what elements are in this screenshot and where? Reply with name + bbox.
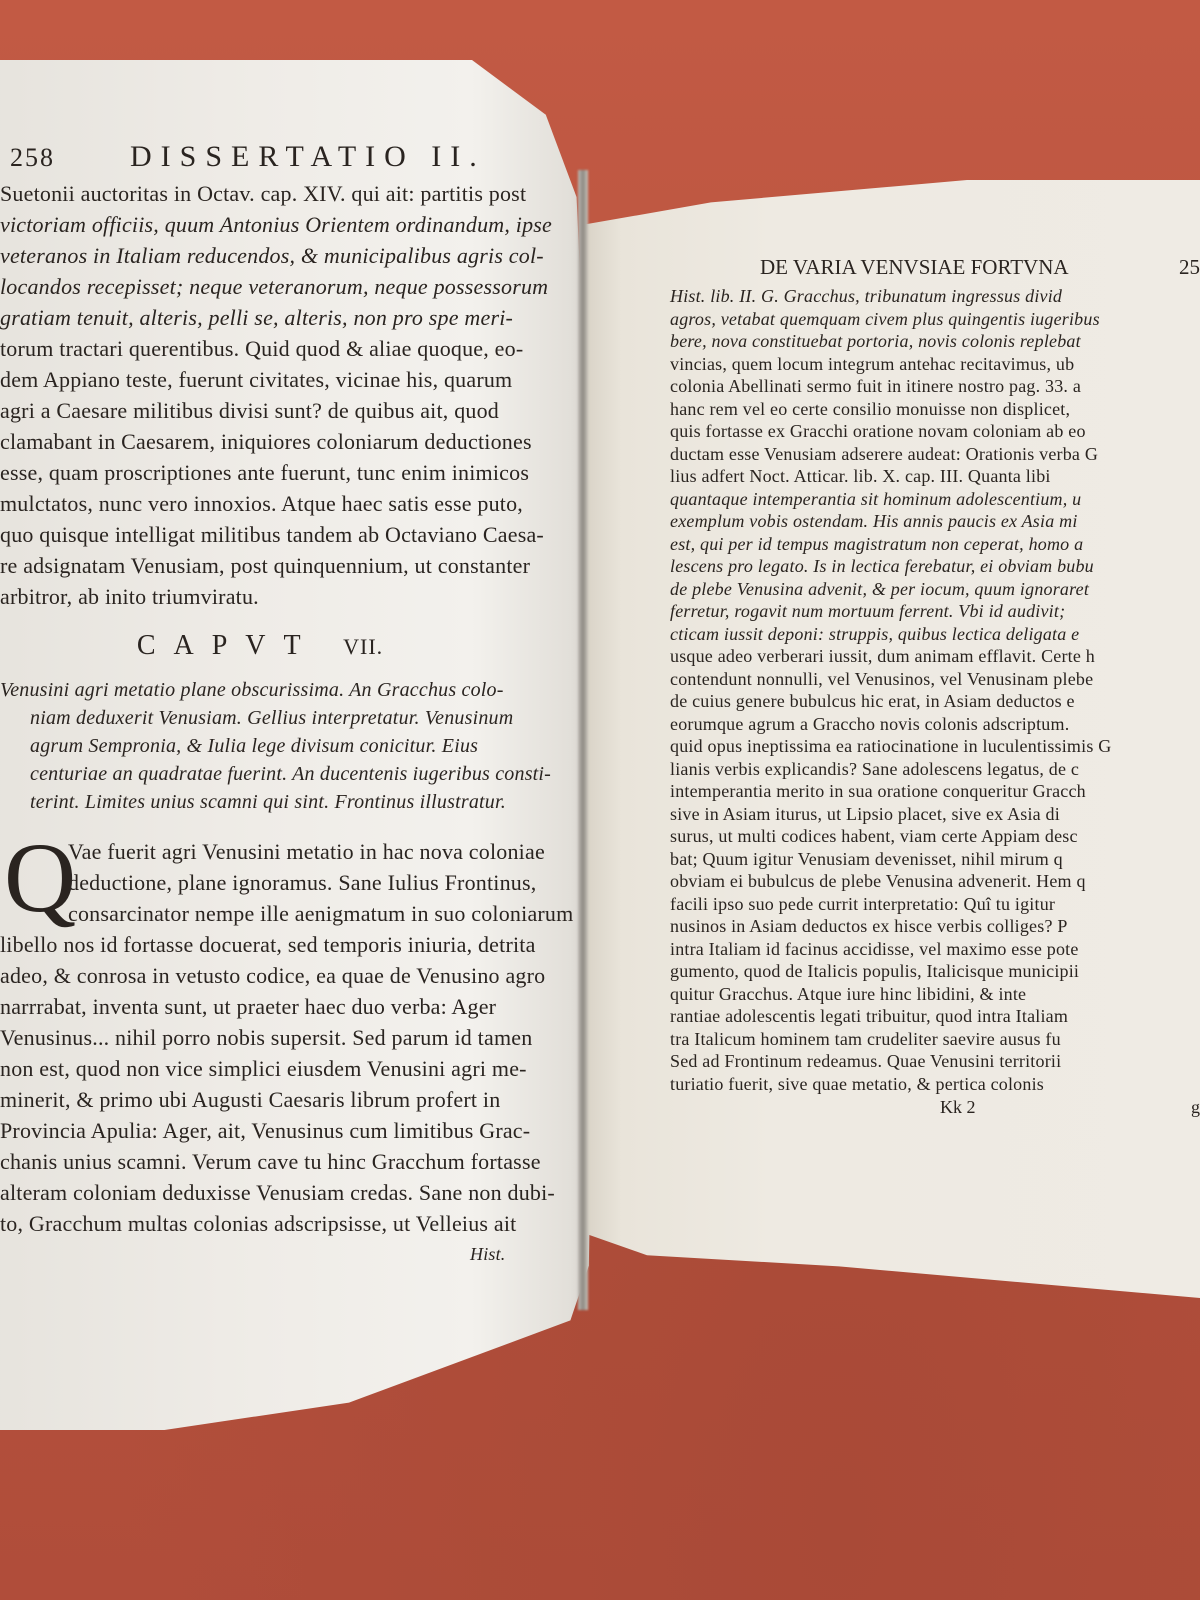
text-line: intra Italiam id facinus accidisse, vel …: [670, 938, 1200, 961]
text-line: gumento, quod de Italicis populis, Itali…: [670, 960, 1200, 983]
right-body: Hist. lib. II. G. Gracchus, tribunatum i…: [670, 285, 1200, 1095]
text-line: narrrabat, inventa sunt, ut praeter haec…: [0, 991, 560, 1022]
text-line: quid opus ineptissima ea ratiocinatione …: [670, 735, 1200, 758]
text-line: minerit, & primo ubi Augusti Caesaris li…: [0, 1084, 560, 1115]
text-line: gratiam tenuit, alteris, pelli se, alter…: [0, 302, 560, 333]
text-line: to, Gracchum multas colonias adscripsiss…: [0, 1208, 560, 1239]
text-line: arbitror, ab inito triumviratu.: [0, 581, 560, 612]
text-line: torum tractari querentibus. Quid quod & …: [0, 333, 560, 364]
text-line: victoriam officiis, quum Antonius Orient…: [0, 209, 560, 240]
text-line: obviam ei bubulcus de plebe Venusina adv…: [670, 870, 1200, 893]
text-line: lianis verbis explicandis? Sane adolesce…: [670, 758, 1200, 781]
trailing-word: Hist.: [0, 1239, 560, 1270]
right-page-text: DE VARIA VENVSIAE FORTVNA 25 Hist. lib. …: [670, 255, 1200, 1118]
text-line: rantiae adolescentis legati tribuitur, q…: [670, 1005, 1200, 1028]
text-line: dem Appiano teste, fuerunt civitates, vi…: [0, 364, 560, 395]
text-line: cticam iussit deponi: struppis, quibus l…: [670, 623, 1200, 646]
text-line: bat; Quum igitur Venusiam devenisset, ni…: [670, 848, 1200, 871]
text-line: Hist. lib. II. G. Gracchus, tribunatum i…: [670, 285, 1200, 308]
catchword: g: [1191, 1097, 1200, 1118]
text-line: esse, quam proscriptiones ante fuerunt, …: [0, 457, 560, 488]
left-page-text: 258 DISSERTATIO II. Suetonii auctoritas …: [0, 140, 560, 1270]
text-line: quantaque intemperantia sit hominum adol…: [670, 488, 1200, 511]
text-line: bere, nova constituebat portoria, novis …: [670, 330, 1200, 353]
text-line: de plebe Venusina advenit, & per iocum, …: [670, 578, 1200, 601]
text-line: alteram coloniam deduxisse Venusiam cred…: [0, 1177, 560, 1208]
text-line: usque adeo verberari iussit, dum animam …: [670, 645, 1200, 668]
text-line: lius adfert Noct. Atticar. lib. X. cap. …: [670, 465, 1200, 488]
text-line: libello nos id fortasse docuerat, sed te…: [0, 929, 560, 960]
text-line: Sed ad Frontinum redeamus. Quae Venusini…: [670, 1050, 1200, 1073]
page-number: 258: [0, 143, 130, 173]
summary-line: Venusini agri metatio plane obscurissima…: [0, 676, 560, 704]
text-line: nusinos in Asiam deductos ex hisce verbi…: [670, 915, 1200, 938]
text-line: intemperantia merito in sua oratione con…: [670, 780, 1200, 803]
text-line: exemplum vobis ostendam. His annis pauci…: [670, 510, 1200, 533]
left-running-head: 258 DISSERTATIO II.: [0, 140, 560, 178]
text-line: vincias, quem locum integrum antehac rec…: [670, 353, 1200, 376]
summary-line: niam deduxerit Venusiam. Gellius interpr…: [0, 704, 560, 732]
text-line: deductione, plane ignoramus. Sane Iulius…: [0, 867, 560, 898]
summary-line: centuriae an quadratae fuerint. An ducen…: [0, 760, 560, 788]
opening-paragraph: Suetonii auctoritas in Octav. cap. XIV. …: [0, 178, 560, 612]
text-line: turiatio fuerit, sive quae metatio, & pe…: [670, 1073, 1200, 1096]
running-head-title: DE VARIA VENVSIAE FORTVNA: [760, 255, 1069, 285]
book-gutter: [578, 170, 588, 1310]
text-line: quitur Gracchus. Atque iure hinc libidin…: [670, 983, 1200, 1006]
text-line: adeo, & conrosa in vetusto codice, ea qu…: [0, 960, 560, 991]
text-line: veteranos in Italiam reducendos, & munic…: [0, 240, 560, 271]
page-number: 25: [1179, 255, 1200, 285]
text-line: ductam esse Venusiam adserere audeat: Or…: [670, 443, 1200, 466]
text-line: re adsignatam Venusiam, post quinquenniu…: [0, 550, 560, 581]
chapter-number: VII.: [343, 634, 383, 659]
text-line: quo quisque intelligat militibus tandem …: [0, 519, 560, 550]
text-line: consarcinator nempe ille aenigmatum in s…: [0, 898, 560, 929]
text-line: locandos recepisset; neque veteranorum, …: [0, 271, 560, 302]
drop-cap: Q: [4, 828, 76, 928]
text-line: Suetonii auctoritas in Octav. cap. XIV. …: [0, 178, 560, 209]
text-line: de cuius genere bubulcus hic erat, in As…: [670, 690, 1200, 713]
text-line: Venusinus... nihil porro nobis supersit.…: [0, 1022, 560, 1053]
text-line: surus, ut multi codices habent, viam cer…: [670, 825, 1200, 848]
text-line: facili ipso suo pede currit interpretati…: [670, 893, 1200, 916]
summary-line: terint. Limites unius scamni qui sint. F…: [0, 788, 560, 816]
text-line: eorumque agrum a Graccho novis colonis a…: [670, 713, 1200, 736]
page-footer: Kk 2 g: [670, 1097, 1200, 1118]
text-line: tra Italicum hominem tam crudeliter saev…: [670, 1028, 1200, 1051]
text-line: agros, vetabat quemquam civem plus quing…: [670, 308, 1200, 331]
right-running-head: DE VARIA VENVSIAE FORTVNA 25: [670, 255, 1200, 285]
chapter-body: Q Vae fuerit agri Venusini metatio in ha…: [0, 836, 560, 1270]
text-line: colonia Abellinati sermo fuit in itinere…: [670, 375, 1200, 398]
text-line: quis fortasse ex Gracchi oratione novam …: [670, 420, 1200, 443]
text-line: clamabant in Caesarem, iniquiores coloni…: [0, 426, 560, 457]
text-line: agri a Caesare militibus divisi sunt? de…: [0, 395, 560, 426]
text-line: mulctatos, nunc vero innoxios. Atque hae…: [0, 488, 560, 519]
text-line: est, qui per id tempus magistratum non c…: [670, 533, 1200, 556]
summary-line: agrum Sempronia, & Iulia lege divisum co…: [0, 732, 560, 760]
text-line: ferretur, rogavit num mortuum ferrent. V…: [670, 600, 1200, 623]
signature-mark: Kk 2: [940, 1097, 976, 1118]
text-line: Vae fuerit agri Venusini metatio in hac …: [0, 836, 560, 867]
text-line: sive in Asiam iturus, ut Lipsio placet, …: [670, 803, 1200, 826]
text-line: non est, quod non vice simplici eiusdem …: [0, 1053, 560, 1084]
running-head-title: DISSERTATIO II.: [130, 140, 486, 174]
chapter-summary: Venusini agri metatio plane obscurissima…: [0, 676, 560, 816]
text-line: chanis unius scamni. Verum cave tu hinc …: [0, 1146, 560, 1177]
chapter-label: CAPVT: [137, 630, 318, 661]
text-line: contendunt nonnulli, vel Venusinos, vel …: [670, 668, 1200, 691]
text-line: lescens pro legato. Is in lectica fereba…: [670, 555, 1200, 578]
text-line: hanc rem vel eo certe consilio monuisse …: [670, 398, 1200, 421]
chapter-heading: CAPVT VII.: [0, 630, 560, 662]
text-line: Provincia Apulia: Ager, ait, Venusinus c…: [0, 1115, 560, 1146]
